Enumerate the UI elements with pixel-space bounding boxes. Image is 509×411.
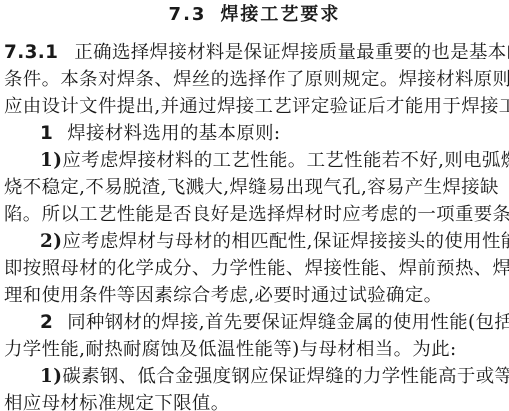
item1-sub1-marker: 1)	[40, 150, 62, 171]
item2-line-1: 2同种钢材的焊接,首先要保证焊缝金属的使用性能(包括	[40, 310, 509, 336]
item1-sub1-line-1: 1)应考虑焊接材料的工艺性能。工艺性能若不好,则电弧燃	[40, 148, 509, 174]
item1-heading-text: 焊接材料选用的基本原则:	[67, 123, 280, 144]
item1-sub1-text: 应考虑焊接材料的工艺性能。工艺性能若不好,则电弧燃	[62, 150, 509, 171]
section-number: 7.3	[169, 4, 207, 25]
item1-sub1-line-2: 烧不稳定,不易脱渣,飞溅大,焊缝易出现气孔,容易产生焊接缺	[4, 175, 509, 201]
item1-sub2-text: 应考虑焊材与母材的相匹配性,保证焊接接头的使用性能,	[62, 231, 509, 252]
item1-heading: 1焊接材料选用的基本原则:	[40, 121, 509, 147]
section-heading: 焊接工艺要求	[220, 4, 340, 25]
item2-line-2: 力学性能,耐热耐腐蚀及低温性能等)与母材相当。为此:	[4, 337, 509, 363]
item2-sub1-line-2: 相应母材标准规定下限值。	[4, 391, 509, 411]
clause-number: 7.3.1	[4, 42, 58, 63]
item2-number: 2	[40, 312, 53, 333]
item2-sub1-line-1: 1)碳素钢、低合金强度钢应保证焊缝的力学性能高于或等于	[40, 364, 509, 390]
clause-line-2: 条件。本条对焊条、焊丝的选择作了原则规定。焊接材料原则上	[4, 67, 509, 93]
item1-number: 1	[40, 123, 53, 144]
item1-sub2-line-3: 理和使用条件等因素综合考虑,必要时通过试验确定。	[4, 283, 509, 309]
item2-sub1-marker: 1)	[40, 366, 62, 387]
item1-sub1-line-3: 陷。所以工艺性能是否良好是选择焊材时应考虑的一项重要条件。	[4, 202, 509, 228]
clause-line-1: 7.3.1正确选择焊接材料是保证焊接质量最重要的也是基本的	[4, 40, 509, 66]
item1-sub2-line-1: 2)应考虑焊材与母材的相匹配性,保证焊接接头的使用性能,	[40, 229, 509, 255]
item2-sub1-text: 碳素钢、低合金强度钢应保证焊缝的力学性能高于或等于	[62, 366, 509, 387]
clause-line-3: 应由设计文件提出,并通过焊接工艺评定验证后才能用于焊接工程。	[4, 94, 509, 120]
item1-sub2-line-2: 即按照母材的化学成分、力学性能、焊接性能、焊前预热、焊后热处	[4, 256, 509, 282]
clause-text: 正确选择焊接材料是保证焊接质量最重要的也是基本的	[74, 42, 509, 63]
item1-sub2-marker: 2)	[40, 231, 62, 252]
section-title: 7.3焊接工艺要求	[0, 2, 509, 28]
item2-text: 同种钢材的焊接,首先要保证焊缝金属的使用性能(包括	[67, 312, 509, 333]
